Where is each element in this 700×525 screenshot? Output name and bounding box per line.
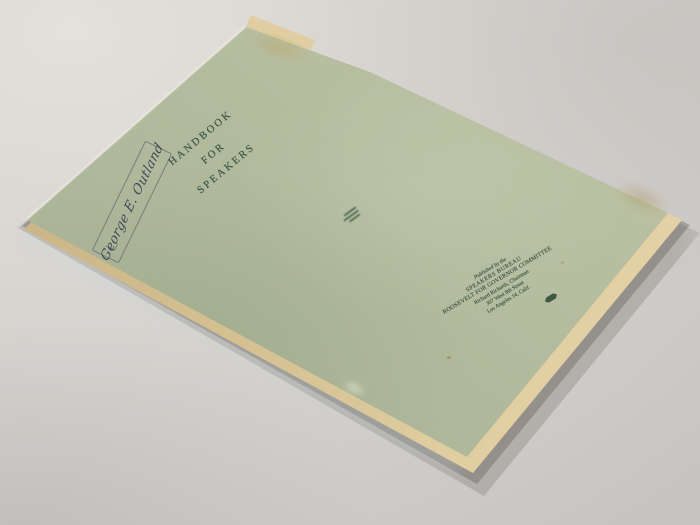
cover-freckle [447, 356, 451, 359]
photo-background: HANDBOOK FOR SPEAKERS George E. Outland … [0, 0, 700, 525]
